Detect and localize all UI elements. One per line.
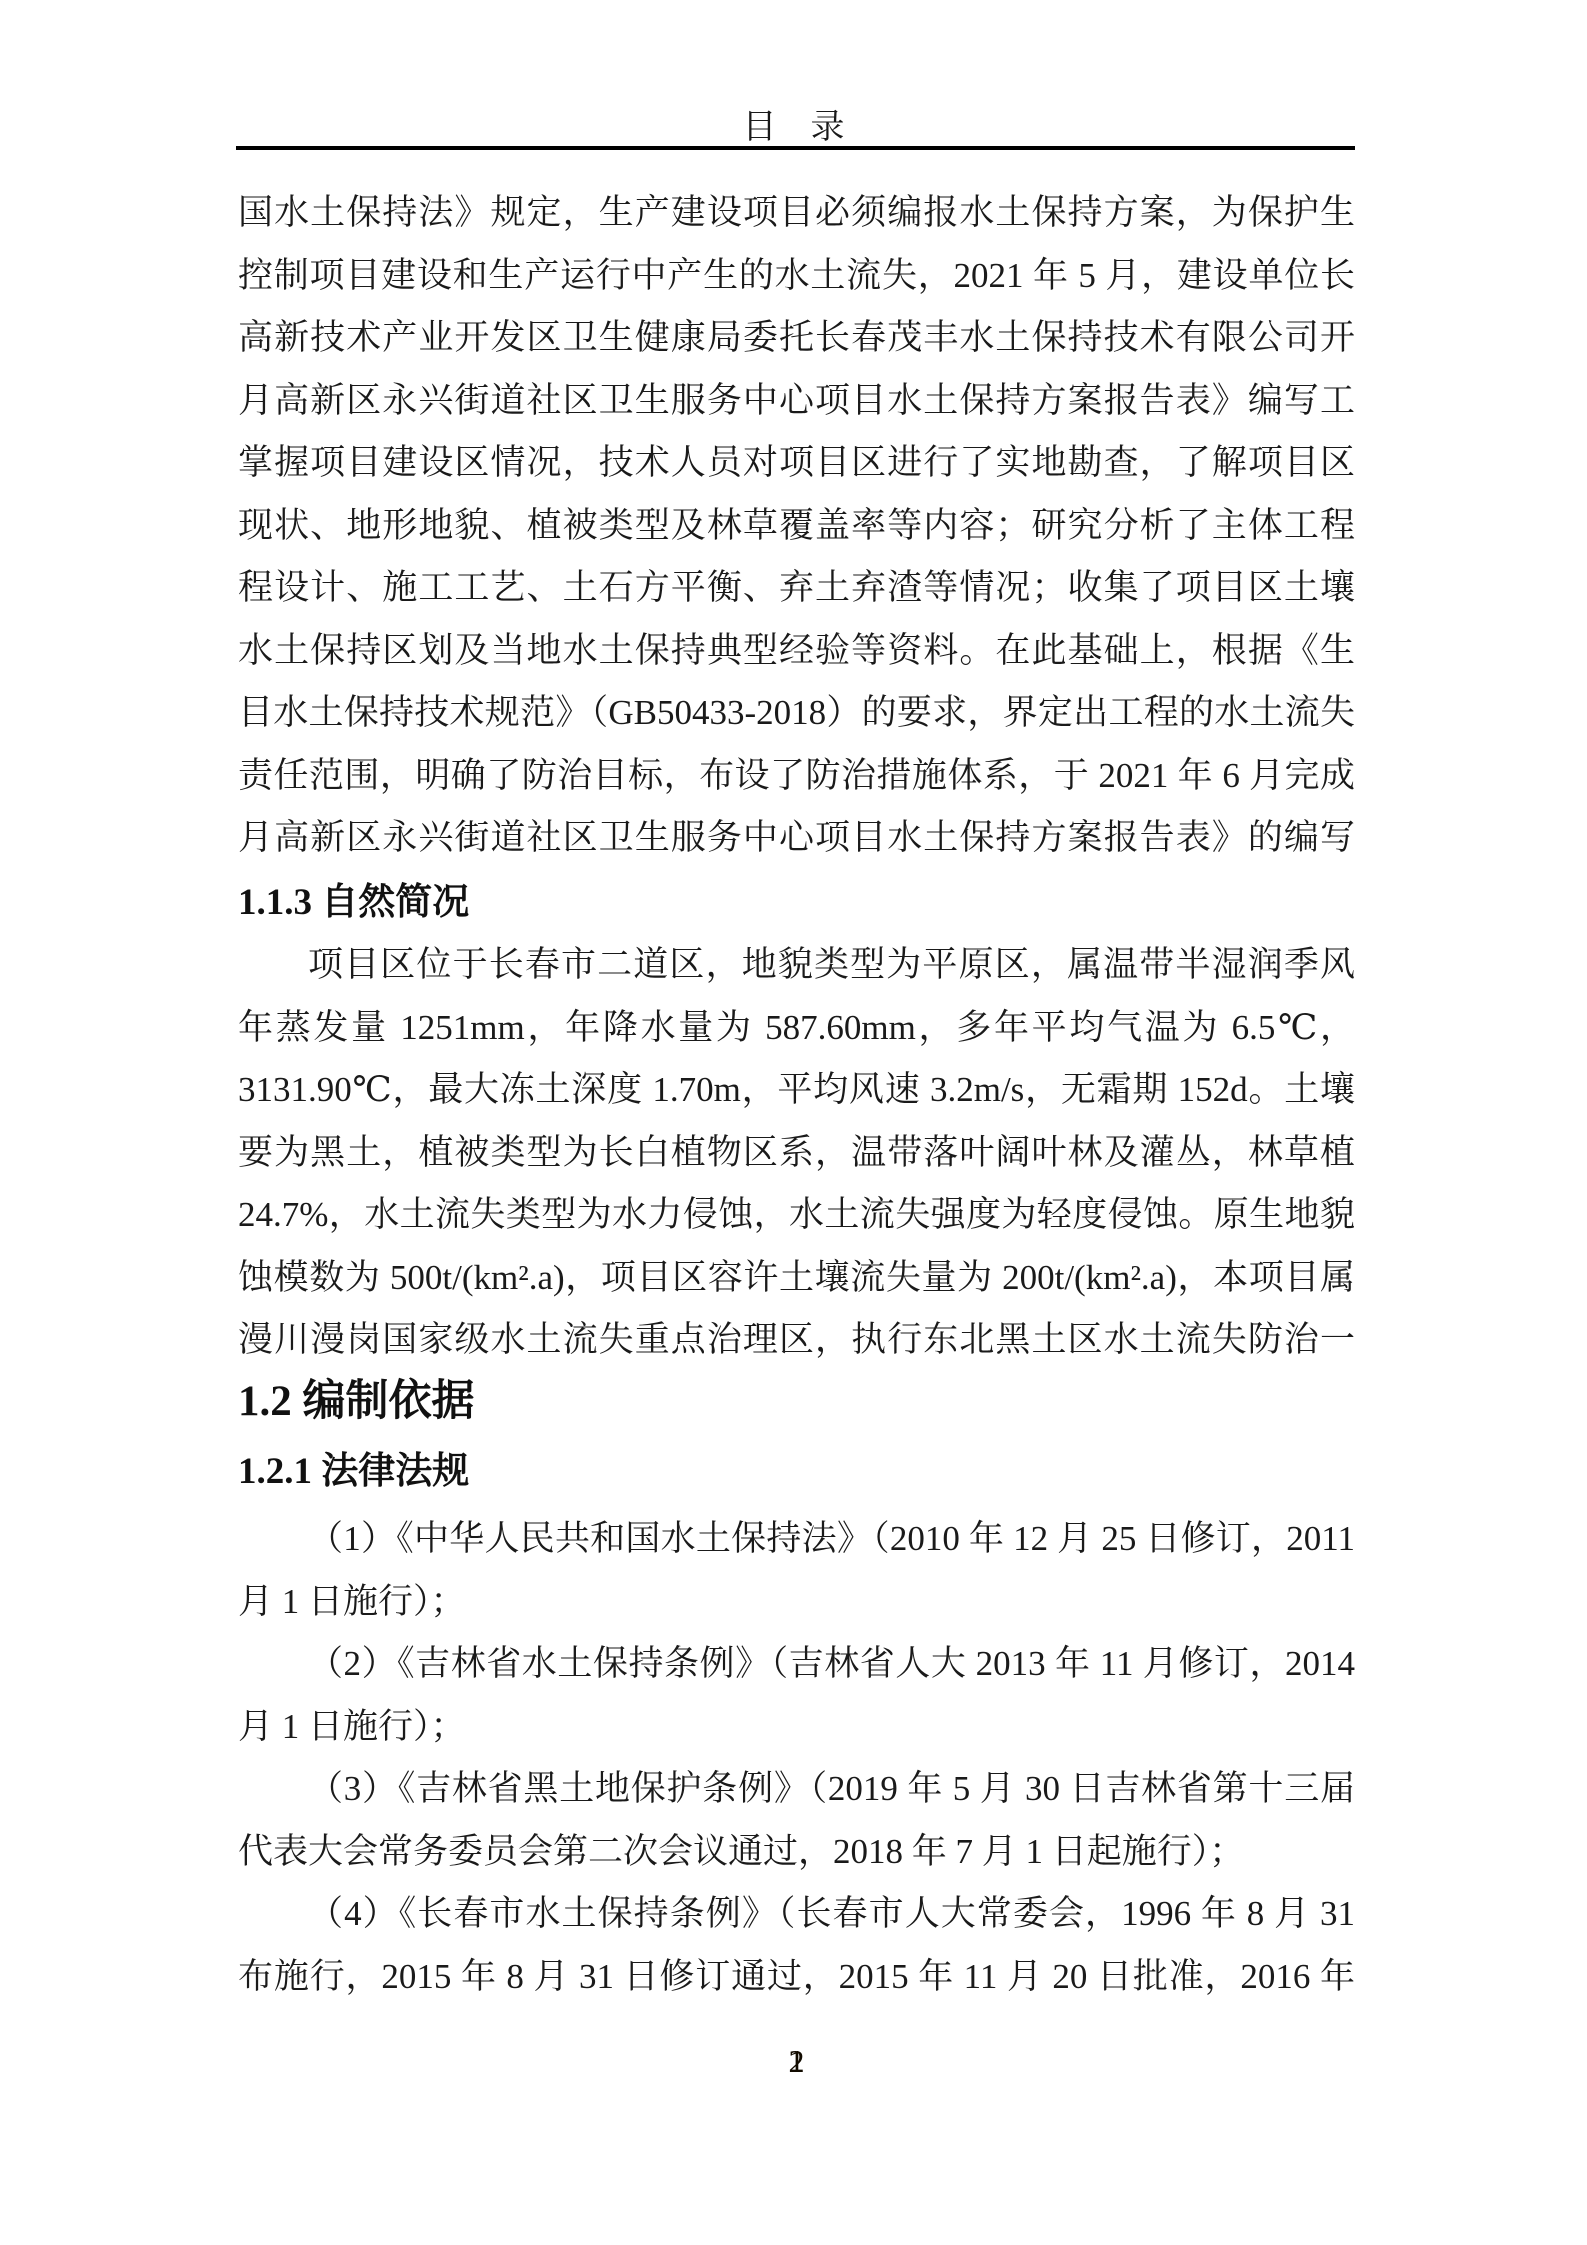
heading-1-1-3: 1.1.3 自然简况 bbox=[238, 872, 1355, 934]
body-line: 掌握项目建设区情况，技术人员对项目区进行了实地勘查，了解项目区水土流失 bbox=[238, 432, 1355, 495]
body-line: 3131.90℃，最大冻土深度 1.70m，平均风速 3.2m/s，无霜期 15… bbox=[238, 1059, 1355, 1122]
body-line: 月高新区永兴街道社区卫生服务中心项目水土保持方案报告表》编写工作。为了 bbox=[238, 370, 1355, 433]
body-line: 程设计、施工工艺、土石方平衡、弃土弃渣等情况；收集了项目区土壤侵蚀类型、 bbox=[238, 557, 1355, 620]
body-line: 国水土保持法》规定，生产建设项目必须编报水土保持方案，为保护生态环境， bbox=[238, 182, 1355, 245]
list-item-line: 布施行，2015 年 8 月 31 日修订通过，2015 年 11 月 20 日… bbox=[238, 1946, 1355, 2009]
body-line: 项目区位于长春市二道区，地貌类型为平原区，属温带半湿润季风气候区， bbox=[238, 934, 1355, 997]
body-line: 控制项目建设和生产运行中产生的水土流失，2021 年 5 月，建设单位长春净月 bbox=[238, 245, 1355, 308]
list-item-line: 月 1 日施行）； bbox=[238, 1571, 1355, 1634]
list-item-line: （2）《吉林省水土保持条例》（吉林省人大 2013 年 11 月修订，2014 … bbox=[238, 1633, 1355, 1696]
body-line: 蚀模数为 500t/(km².a)，项目区容许土壤流失量为 200t/(km².… bbox=[238, 1247, 1355, 1310]
list-item-line: （1）《中华人民共和国水土保持法》（2010 年 12 月 25 日修订，201… bbox=[238, 1508, 1355, 1571]
list-item-line: （4）《长春市水土保持条例》（长春市人大常委会，1996 年 8 月 31 日颁 bbox=[238, 1883, 1355, 1946]
page-number-layer-2: 2 bbox=[789, 2040, 805, 2082]
list-item-line: （3）《吉林省黑土地保护条例》（2019 年 5 月 30 日吉林省第十三届人民 bbox=[238, 1758, 1355, 1821]
body-line: 责任范围，明确了防治目标，布设了防治措施体系，于 2021 年 6 月完成了《净 bbox=[238, 745, 1355, 808]
body-line: 高新技术产业开发区卫生健康局委托长春茂丰水土保持技术有限公司开展了《净 bbox=[238, 307, 1355, 370]
body-line: 年蒸发量 1251mm，年降水量为 587.60mm，多年平均气温为 6.5℃，… bbox=[238, 997, 1355, 1060]
body-line: 要为黑土，植被类型为长白植物区系，温带落叶阔叶林及灌丛，林草植被覆盖率 bbox=[238, 1122, 1355, 1185]
intro-paragraph: 国水土保持法》规定，生产建设项目必须编报水土保持方案，为保护生态环境， 控制项目… bbox=[238, 182, 1355, 870]
heading-1-2: 1.2 编制依据 bbox=[238, 1366, 1355, 1438]
body-line: 漫川漫岗国家级水土流失重点治理区，执行东北黑土区水土流失防治一级标准。 bbox=[238, 1309, 1355, 1372]
section-1-1-3-paragraph: 项目区位于长春市二道区，地貌类型为平原区，属温带半湿润季风气候区， 年蒸发量 1… bbox=[238, 934, 1355, 1372]
page-number: 1 2 bbox=[238, 2040, 1355, 2082]
running-header-title: 目 录 bbox=[0, 106, 1587, 150]
body-line: 24.7%，水土流失类型为水力侵蚀，水土流失强度为轻度侵蚀。原生地貌土壤侵 bbox=[238, 1184, 1355, 1247]
body-line: 目水土保持技术规范》（GB50433-2018）的要求，界定出工程的水土流失防治 bbox=[238, 682, 1355, 745]
document-page: 目 录 国水土保持法》规定，生产建设项目必须编报水土保持方案，为保护生态环境， … bbox=[0, 0, 1587, 2245]
body-line: 现状、地形地貌、植被类型及林草覆盖率等内容；研究分析了主体工程布局、工 bbox=[238, 495, 1355, 558]
list-item-line: 代表大会常务委员会第二次会议通过，2018 年 7 月 1 日起施行）； bbox=[238, 1821, 1355, 1884]
body-line: 月高新区永兴街道社区卫生服务中心项目水土保持方案报告表》的编写工作。 bbox=[238, 807, 1355, 870]
heading-1-2-1: 1.2.1 法律法规 bbox=[238, 1440, 1355, 1504]
legal-basis-list: （1）《中华人民共和国水土保持法》（2010 年 12 月 25 日修订，201… bbox=[238, 1508, 1355, 2008]
header-rule bbox=[236, 146, 1355, 150]
list-item-line: 月 1 日施行）； bbox=[238, 1696, 1355, 1759]
body-line: 水土保持区划及当地水土保持典型经验等资料。在此基础上，根据《生产建设项 bbox=[238, 620, 1355, 683]
